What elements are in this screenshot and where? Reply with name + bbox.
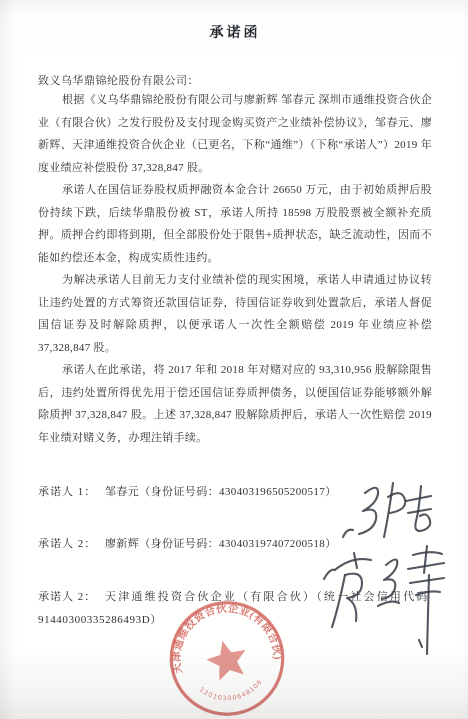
signer-row-3: 承诺人 2： 天津通维投资合伙企业（有限合伙）（统一社会信用代码 bbox=[38, 590, 432, 605]
paragraph-disposal-plan: 为解决承诺人目前无力支付业绩补偿的现实困境，承诺人申请通过协议转让违约处置的方式… bbox=[38, 269, 432, 359]
document-title: 承诺函 bbox=[38, 26, 432, 42]
signer-row-1: 承诺人 1： 邹春元（身份证号码：430403196505200517） bbox=[38, 485, 432, 500]
signer-3-label: 承诺人 2： bbox=[38, 590, 105, 605]
signer-3-company: 天津通维投资合伙企业（有限合伙）（统一社会信用代码 bbox=[105, 590, 430, 605]
signer-1-name-id: 邹春元（身份证号码：430403196505200517） bbox=[105, 485, 337, 500]
scanned-commitment-letter: 承诺函 致义乌华鼎锦纶股份有限公司： 根据《义乌华鼎锦纶股份有限公司与廖新辉 邹… bbox=[0, 0, 468, 719]
seal-star-icon bbox=[203, 636, 251, 682]
signer-2-label: 承诺人 2： bbox=[38, 537, 105, 552]
signer-3-credit-code: 91440300335286493D） bbox=[38, 613, 432, 628]
paragraph-commitment: 承诺人在此承诺，将 2017 年和 2018 年对赌对应的 93,310,956… bbox=[38, 359, 432, 449]
signer-1-label: 承诺人 1： bbox=[38, 485, 105, 500]
salutation: 致义乌华鼎锦纶股份有限公司： bbox=[38, 74, 432, 89]
signer-2-name-id: 廖新辉（身份证号码：430403197407200518） bbox=[105, 537, 337, 552]
document-body: 承诺函 致义乌华鼎锦纶股份有限公司： 根据《义乌华鼎锦纶股份有限公司与廖新辉 邹… bbox=[38, 0, 432, 628]
seal-registration-number: 12010300648106 bbox=[197, 678, 266, 707]
signer-row-2: 承诺人 2： 廖新辉（身份证号码：430403197407200518） bbox=[38, 537, 432, 552]
paragraph-pledge-default: 承诺人在国信证券股权质押融资本金合计 26650 万元，由于初始质押后股份持续下… bbox=[38, 179, 432, 269]
paragraph-agreement-basis: 根据《义乌华鼎锦纶股份有限公司与廖新辉 邹春元 深圳市通维投资合伙企业（有限合伙… bbox=[38, 89, 432, 179]
svg-text:12010300648106: 12010300648106 bbox=[197, 678, 266, 707]
